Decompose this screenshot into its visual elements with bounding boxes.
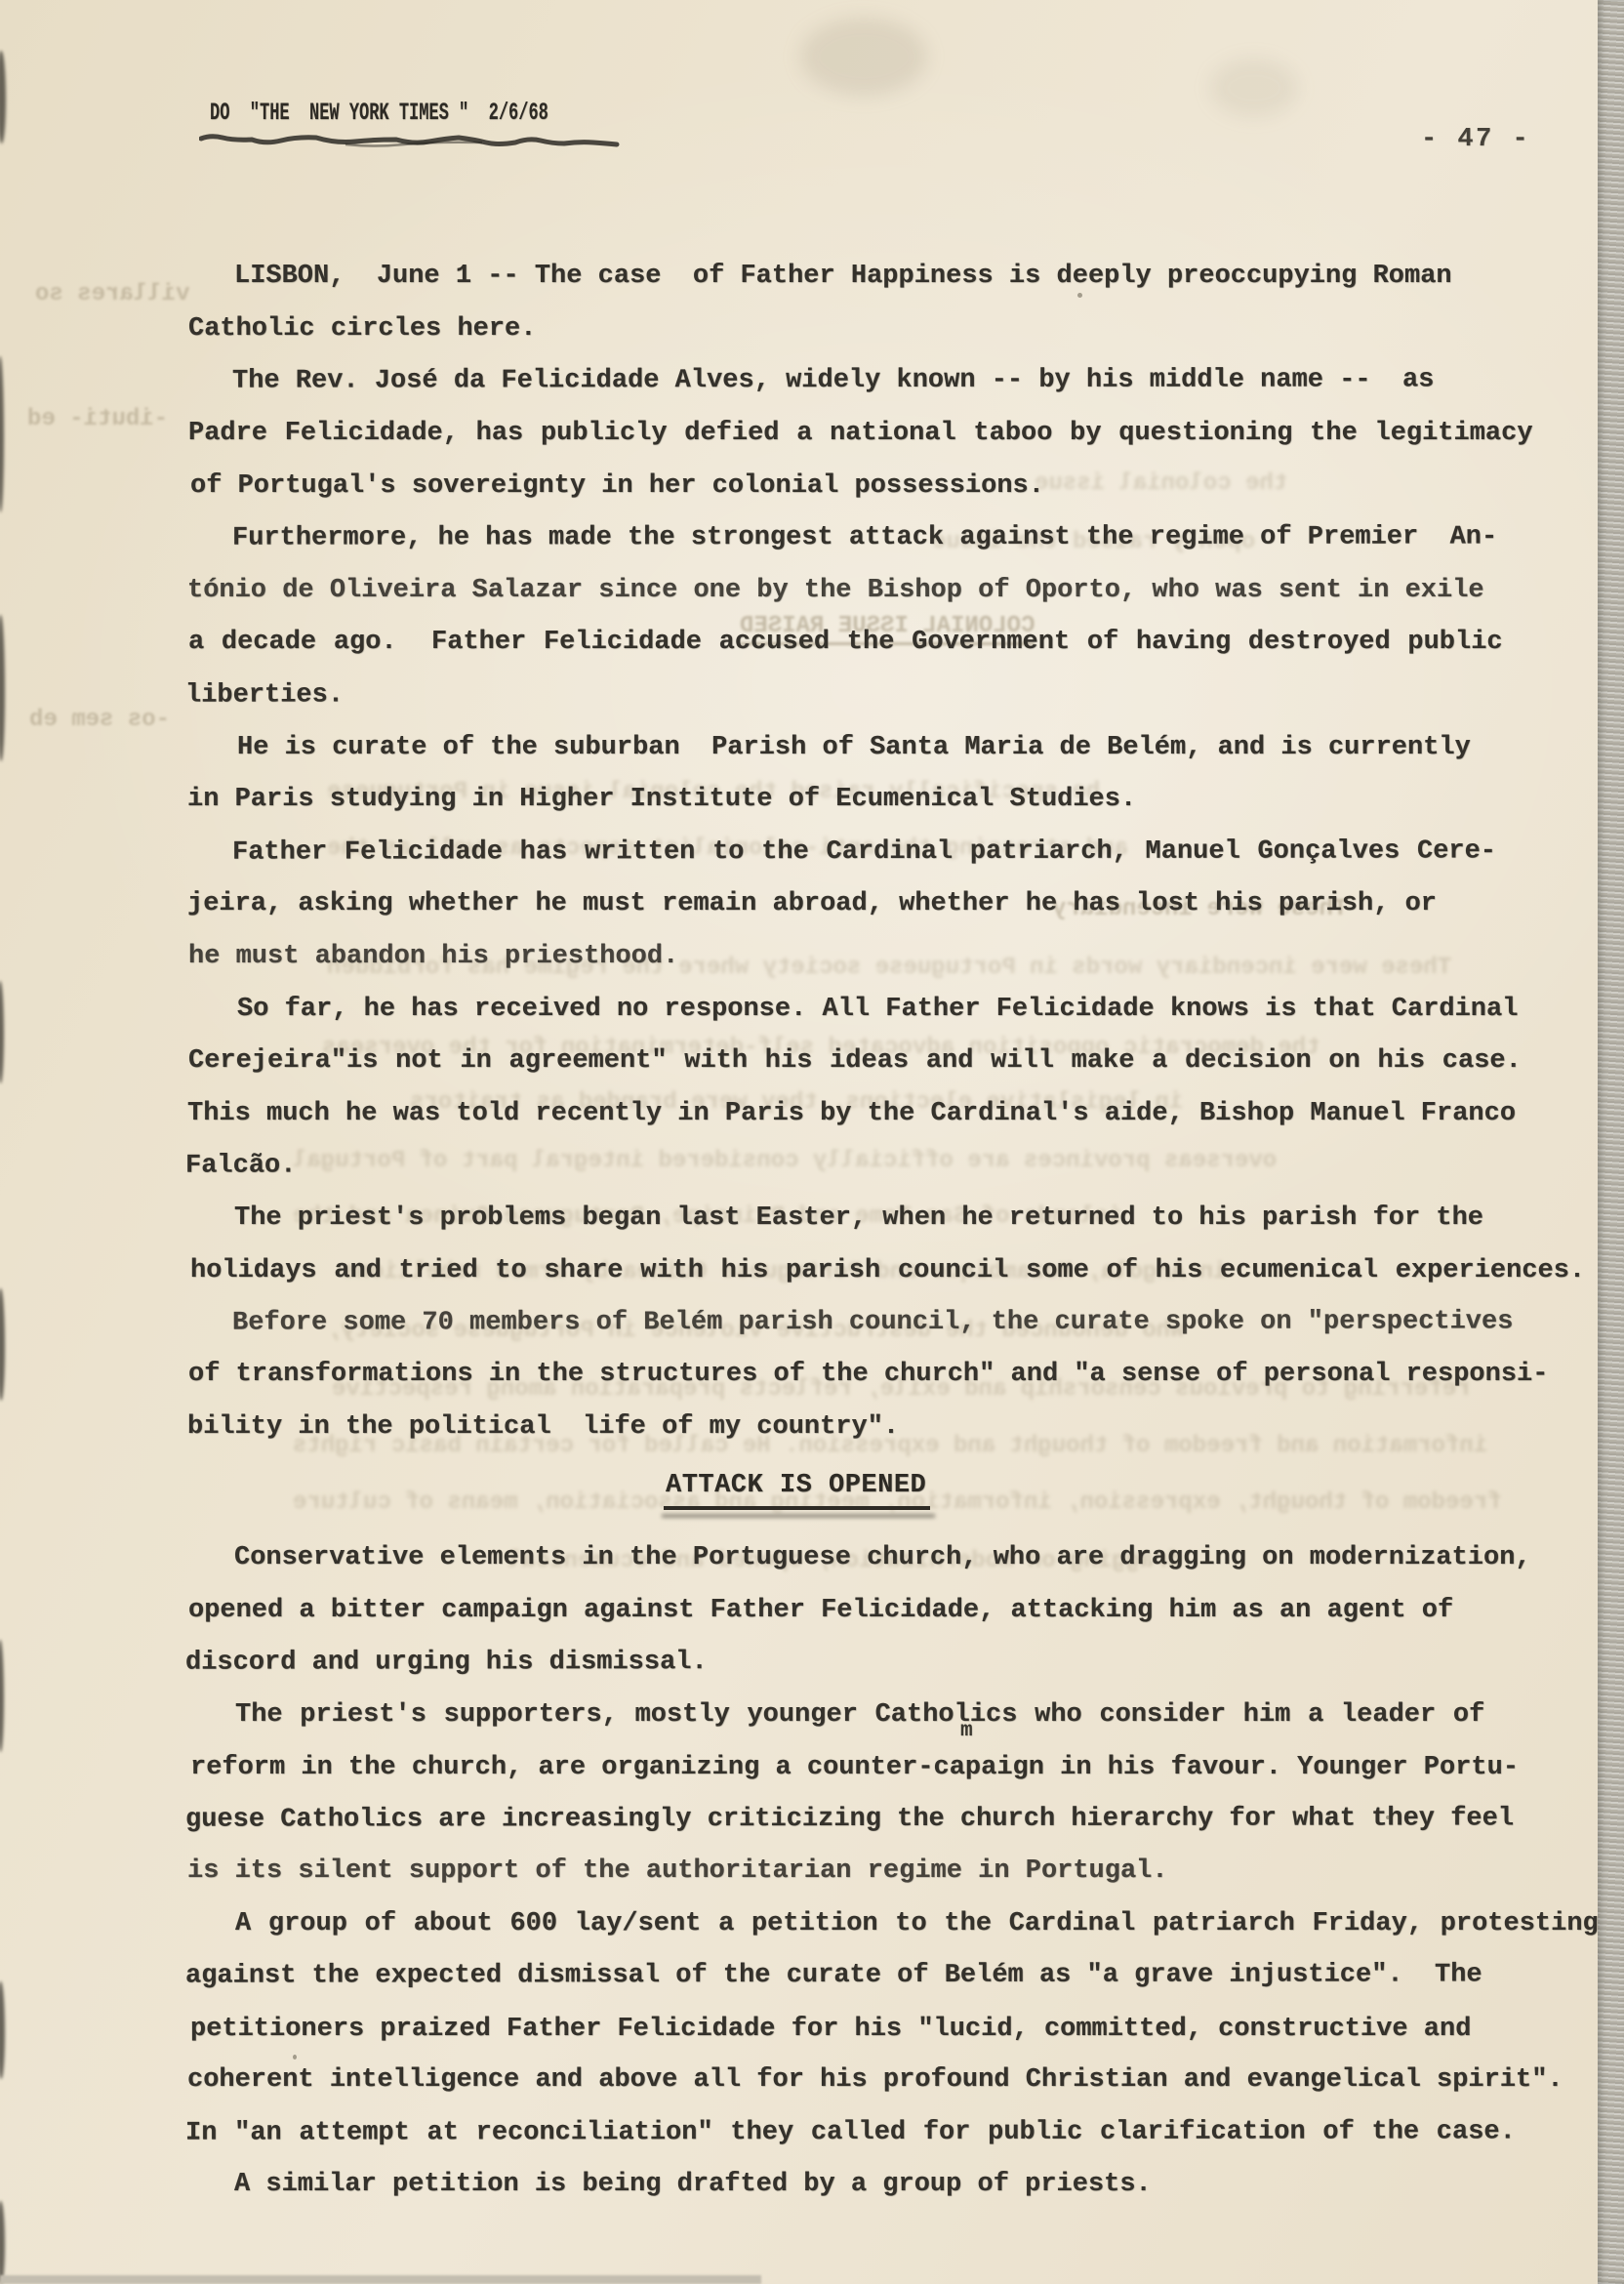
- section-heading: ATTACK IS OPENED: [664, 1469, 930, 1510]
- paper-speck: [1077, 293, 1082, 298]
- scan-edge-mark: [0, 615, 5, 761]
- typed-line: discord and urging his dismissal.: [185, 1636, 1581, 1690]
- scanned-page: villares so -ibuti- ed the colonial issu…: [0, 0, 1598, 2284]
- typed-line: holidays and tried to share with his par…: [190, 1245, 1586, 1298]
- typed-line: The priest's supporters, mostly younger …: [188, 1690, 1584, 1742]
- scan-edge-mark: [0, 1640, 4, 1752]
- scan-edge-mark: [0, 1981, 5, 2079]
- typed-line: Falcão.: [185, 1139, 1581, 1193]
- typed-line: a decade ago. Father Felicidade accused …: [188, 617, 1584, 670]
- typed-line: bility in the political life of my count…: [187, 1402, 1583, 1454]
- typed-line: of Portugal's sovereignty in her colonia…: [190, 461, 1586, 513]
- typed-line: Catholic circles here.: [188, 304, 1584, 356]
- typed-line: of transformations in the structures of …: [188, 1349, 1584, 1402]
- typed-line: reform in the church, are organizing a c…: [190, 1742, 1586, 1795]
- typed-line: coherent intelligence and above all for …: [187, 2055, 1583, 2107]
- typed-line: against the expected dismissal of the cu…: [185, 1949, 1581, 2003]
- typed-line: jeira, asking whether he must remain abr…: [187, 878, 1583, 931]
- typed-line: guese Catholics are increasingly critici…: [185, 1793, 1581, 1847]
- typed-line: A similar petition is being drafted by a…: [187, 2159, 1583, 2212]
- typed-line: opened a bitter campaign against Father …: [188, 1585, 1584, 1638]
- paper-stain: [800, 18, 927, 96]
- page-number: - 47 -: [1421, 125, 1530, 154]
- header-underline-smudge: [199, 131, 648, 150]
- typed-line: In "an attempt at reconciliation" they c…: [185, 2106, 1581, 2160]
- scan-edge-mark: [0, 51, 6, 143]
- typed-line: liberties.: [185, 669, 1581, 722]
- typed-line: Cerejeira"is not in agreement" with his …: [188, 1036, 1584, 1088]
- typed-line: This much he was told recently in Paris …: [187, 1088, 1583, 1141]
- scan-edge-mark: [0, 1288, 5, 1401]
- bleed-through-text: villares so: [35, 281, 189, 307]
- typed-line: tónio de Oliveira Salazar since one by t…: [187, 565, 1583, 618]
- typed-line: Father Felicidade has written to the Car…: [185, 826, 1581, 879]
- typed-line: in Paris studying in Higher Institute of…: [187, 774, 1583, 827]
- typed-line: LISBON, June 1 -- The case of Father Hap…: [187, 251, 1583, 304]
- typed-line: Conservative elements in the Portuguese …: [187, 1532, 1583, 1585]
- typed-line: He is curate of the suburban Parish of S…: [190, 722, 1586, 775]
- paper-speck: [293, 2055, 297, 2060]
- bleed-through-text: -ibuti- ed: [27, 406, 168, 432]
- scan-edge-mark: [0, 356, 4, 512]
- document-source-header: DO "THE NEW YORK TIMES " 2/6/68: [210, 99, 542, 127]
- typed-line: Padre Felicidade, has publicly defied a …: [188, 408, 1584, 461]
- typed-line: A group of about 600 lay/sent a petition…: [188, 1898, 1584, 1951]
- typed-line: is its silent support of the authoritari…: [187, 1846, 1583, 1898]
- typed-line: he must abandon his priesthood.: [188, 931, 1584, 984]
- typed-correction-letter: m: [960, 1720, 973, 1742]
- typed-line: So far, he has received no response. All…: [190, 984, 1586, 1037]
- paper-stain: [1210, 59, 1298, 117]
- typed-line: Before some 70 members of Belém parish c…: [185, 1296, 1581, 1350]
- scan-edge-mark: [0, 2201, 5, 2284]
- scan-bottom-edge: [0, 2275, 761, 2284]
- bleed-through-text: -os sem eb: [29, 707, 170, 733]
- scan-edge-mark: [0, 981, 4, 1083]
- article-body-lower: Conservative elements in the Portuguese …: [187, 1532, 1583, 2212]
- typed-line: The priest's problems began last Easter,…: [187, 1193, 1583, 1245]
- typed-line: The Rev. José da Felicidade Alves, widel…: [185, 355, 1581, 409]
- scanner-background-edge: [1598, 0, 1624, 2284]
- article-body-upper: LISBON, June 1 -- The case of Father Hap…: [187, 251, 1583, 1454]
- typed-line: petitioners praized Father Felicidade fo…: [190, 2004, 1586, 2057]
- paper-speck: [1386, 1815, 1390, 1819]
- heading-underline-smear: [662, 1514, 935, 1518]
- typed-line: Furthermore, he has made the strongest a…: [185, 511, 1581, 565]
